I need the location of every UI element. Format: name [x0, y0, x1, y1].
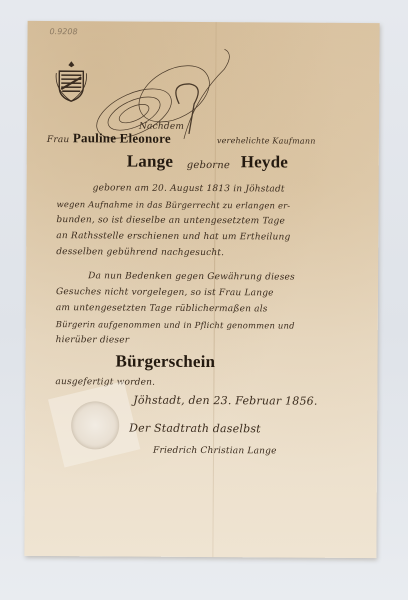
text-line: desselben gebührend nachgesucht. [56, 247, 224, 258]
text-line: hierüber dieser [56, 335, 130, 345]
text-line: Gesuches nicht vorgelegen, so ist Frau L… [56, 287, 274, 298]
certificate-title: Bürgerschein [115, 351, 215, 372]
birth-name: Heyde [241, 152, 288, 172]
place-date: Jöhstadt, den 23. Februar 1856. [133, 394, 317, 408]
archive-number: 0.9208 [50, 27, 78, 36]
text-line: an Rathsstelle erschienen und hat um Ert… [56, 231, 290, 242]
text-line: geboren am 20. August 1813 in Jöhstadt [93, 183, 285, 194]
certificate-paper: 0.9208 Nachdem Frau Pauline Eleonore ver… [24, 21, 379, 558]
signature-name: Friedrich Christian Lange [153, 446, 277, 457]
text-line: wegen Aufnahme in das Bürgerrecht zu erl… [56, 199, 290, 210]
text-line: Da nun Bedenken gegen Gewährung dieses [88, 271, 295, 282]
text-line: verehelichte Kaufmann [217, 136, 316, 146]
embossed-seal [71, 401, 119, 449]
text-line: Frau [47, 135, 70, 145]
surname: Lange [127, 152, 173, 172]
coat-of-arms-icon [54, 59, 88, 103]
text-line: am untengesetzten Tage rüblichermaßen al… [56, 303, 268, 314]
text-line: Bürgerin aufgenommen und in Pflicht geno… [56, 319, 295, 330]
person-name: Pauline Eleonore [73, 130, 171, 147]
text-line: geborne [187, 160, 230, 171]
signature-authority: Der Stadtrath daselbst [129, 422, 261, 436]
text-line: bunden, so ist dieselbe an untengesetzte… [56, 215, 285, 226]
